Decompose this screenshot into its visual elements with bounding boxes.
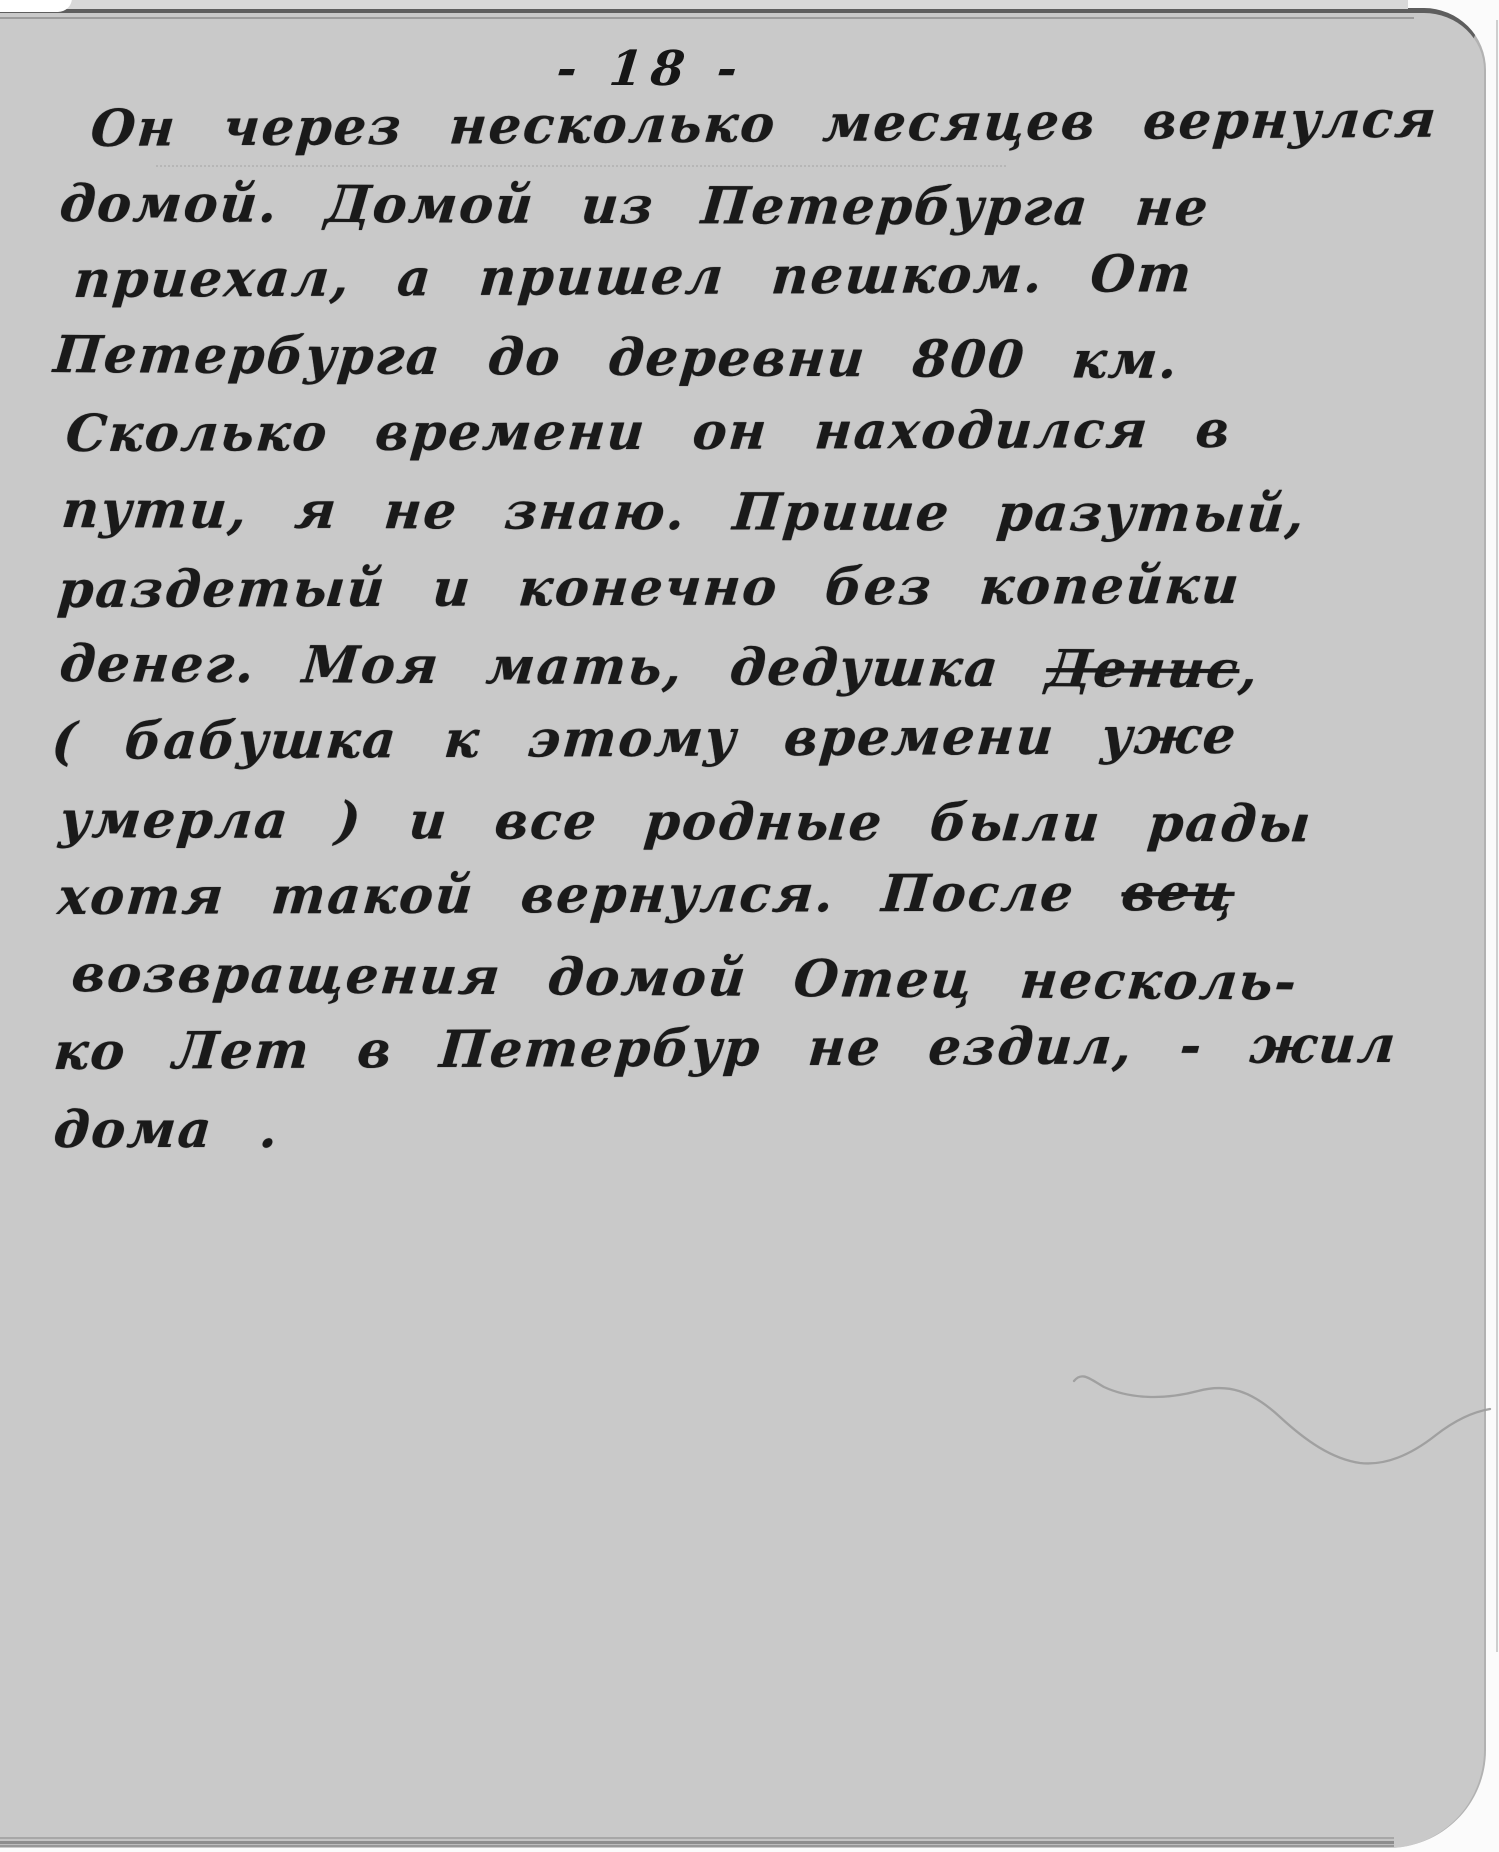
handwriting-line: Петербурга до деревни 800 км. bbox=[51, 325, 1181, 391]
handwriting-line: денег. Моя мать, дедушка Денис, bbox=[57, 634, 1262, 700]
handwriting-segment: Петербурга до деревни 800 км. bbox=[51, 325, 1181, 391]
scanner-edge-line bbox=[1496, 20, 1498, 1652]
handwriting-segment: ( бабушка к этому времени уже bbox=[50, 706, 1240, 772]
notebook-page: - 18 - Он через несколько месяцев вернул… bbox=[0, 8, 1486, 1848]
handwriting-segment: раздетый и конечно без копейки bbox=[55, 556, 1243, 620]
handwriting-line: хотя такой вернулся. После вец bbox=[55, 863, 1237, 927]
handwriting-segment: возвращения домой Отец несколь- bbox=[69, 944, 1301, 1013]
handwriting-segment: денег. Моя мать, дедушка bbox=[57, 634, 1049, 699]
handwriting-segment: умерла ) и все родные были рады bbox=[57, 790, 1315, 854]
page-bottom-edge-lines bbox=[0, 1836, 1394, 1847]
handwriting-segment: приехал, а пришел пешком. От bbox=[72, 244, 1196, 310]
handwriting-line: Он через несколько месяцев вернулся bbox=[89, 90, 1440, 159]
handwriting-line: домой. Домой из Петербурга не bbox=[57, 174, 1212, 238]
handwriting-line: возвращения домой Отец несколь- bbox=[69, 944, 1301, 1013]
handwriting-line: Сколько времени он находился в bbox=[63, 400, 1233, 464]
page-number: - 18 - bbox=[523, 41, 779, 97]
scratch-hair-mark bbox=[1038, 1353, 1498, 1493]
handwriting-segment-struck: вец bbox=[1119, 863, 1237, 923]
handwriting-line: ко Лет в Петербур не ездил, - жил bbox=[52, 1015, 1400, 1082]
scan-artifact-line bbox=[156, 165, 1006, 167]
handwriting-segment-struck: Денис bbox=[1044, 639, 1243, 700]
handwriting-line: пути, я не знаю. Прише разутый, bbox=[59, 480, 1308, 544]
handwriting-segment: Сколько времени он находился в bbox=[63, 400, 1233, 464]
adjacent-sheet-strip bbox=[0, 0, 1408, 9]
handwriting-line: умерла ) и все родные были рады bbox=[57, 790, 1315, 854]
handwriting-line: дома . bbox=[51, 1100, 282, 1160]
handwriting-segment: домой. Домой из Петербурга не bbox=[57, 174, 1212, 238]
handwriting-segment: ко Лет в Петербур не ездил, - жил bbox=[52, 1015, 1400, 1082]
scanned-document: { "document": { "page_number": "- 18 -",… bbox=[0, 0, 1499, 1852]
handwriting-segment: хотя такой вернулся. После bbox=[55, 863, 1124, 927]
handwriting-segment: , bbox=[1237, 640, 1262, 700]
page-top-edge-line bbox=[0, 17, 1414, 19]
adjacent-sheet-corner bbox=[0, 0, 72, 12]
handwriting-line: ( бабушка к этому времени уже bbox=[50, 706, 1240, 772]
handwriting-segment: дома . bbox=[51, 1100, 282, 1160]
handwriting-segment: Он через несколько месяцев вернулся bbox=[89, 90, 1440, 159]
handwriting-segment: пути, я не знаю. Прише разутый, bbox=[59, 480, 1308, 544]
handwriting-line: раздетый и конечно без копейки bbox=[55, 556, 1243, 620]
handwriting-line: приехал, а пришел пешком. От bbox=[72, 244, 1196, 310]
